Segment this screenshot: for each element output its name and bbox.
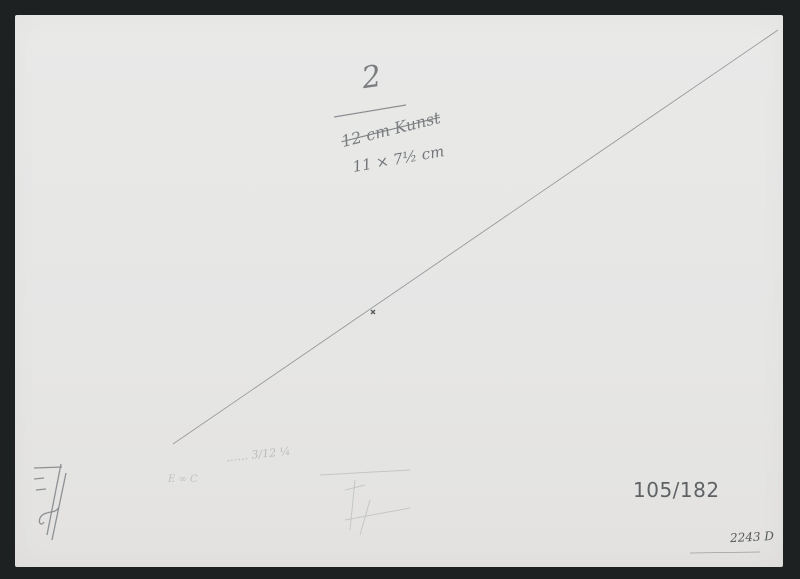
faint-annotation-2: E ∞ C — [168, 474, 198, 485]
inventory-number: 105/182 — [633, 478, 720, 502]
catalog-code: 2243 D — [730, 529, 775, 545]
